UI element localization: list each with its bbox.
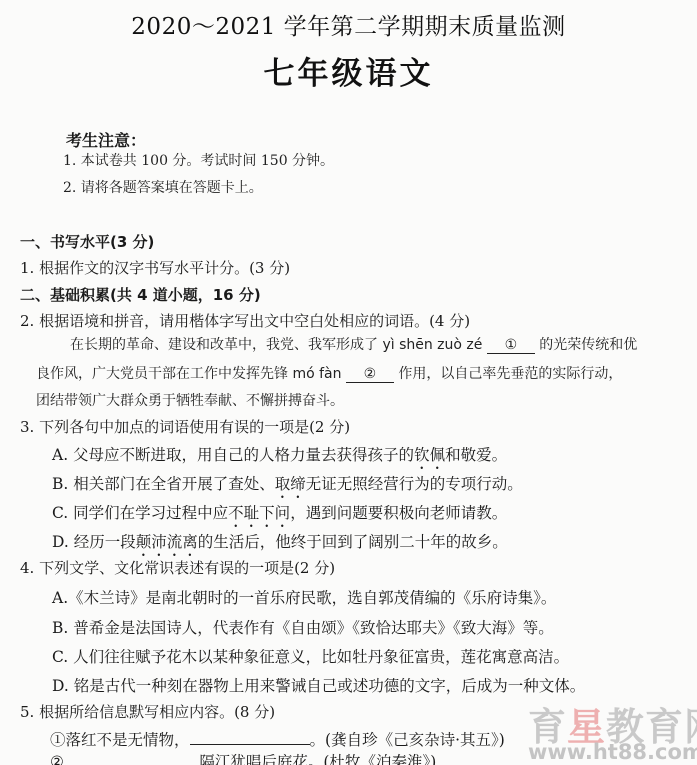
option-text: ，遇到问题要积极向老师请教。 — [290, 504, 507, 522]
q4-option-c: C. 人们往往赋予花木以某种象征意义，比如牡丹象征富贵，莲花寓意高洁。 — [52, 645, 569, 667]
q3-option-d: D. 经历一段颠沛流离的生活后，他终于回到了阔别二十年的故乡。 — [52, 530, 508, 560]
fill-blank-1: ① — [487, 337, 535, 354]
q3-option-c: C. 同学们在学习过程中应不耻下问，遇到问题要积极向老师请教。 — [52, 501, 507, 531]
dotted-word: 不耻下问 — [228, 504, 290, 522]
option-text: D. 经历一段 — [52, 533, 136, 551]
fill-blank-2: ② — [346, 366, 394, 383]
q5-text: 。(龚自珍《己亥杂诗·其五》) — [310, 731, 505, 749]
q2-passage-line-2: 良作风，广大党员干部在工作中发挥先锋 mó fàn ② 作用，以自己率先垂范的实… — [36, 363, 622, 383]
q3-option-b: B. 相关部门在全省开展了查处、取缔无证无照经营行为的专项行动。 — [52, 472, 523, 502]
q5-item-2: ②，隔江犹唱后庭花。(杜牧《泊秦淮》) — [50, 750, 436, 765]
q4-option-d: D. 铭是古代一种刻在器物上用来警诫自己或述功德的文字，后成为一种文体。 — [52, 674, 585, 696]
q5-item-1: ①落红不是无情物，。(龚自珍《己亥杂诗·其五》) — [50, 728, 505, 750]
exam-title: 2020～2021 学年第二学期期末质量监测 — [0, 8, 697, 41]
exam-subtitle: 七年级语文 — [0, 48, 697, 93]
q5-text: ② — [50, 753, 64, 765]
section-1-heading: 一、书写水平(3 分) — [20, 231, 154, 252]
option-text: 和敬爱。 — [445, 446, 507, 464]
q2-passage-line-1: 在长期的革命、建设和改革中，我党、我军形成了 yì shēn zuò zé ① … — [70, 334, 637, 354]
dotted-word: 取缔 — [275, 475, 306, 493]
notice-item-2: 2. 请将各题答案填在答题卡上。 — [63, 177, 263, 197]
watermark-url: www.ht88.com — [528, 740, 697, 764]
option-text: B. 相关部门在全省开展了查处、 — [52, 475, 275, 493]
question-4-prompt: 4. 下列文学、文化常识表述有误的一项是(2 分) — [20, 557, 335, 578]
dotted-word: 颠沛流离 — [136, 533, 198, 551]
q5-text: ①落红不是无情物， — [50, 731, 190, 749]
question-3-prompt: 3. 下列各句中加点的词语使用有误的一项是(2 分) — [20, 416, 350, 437]
q2-text: 的光荣传统和优 — [539, 337, 637, 353]
dotted-word: 钦佩 — [414, 446, 445, 464]
pinyin-1: yì shēn zuò zé — [382, 337, 482, 353]
q2-text: 作用，以自己率先垂范的实际行动， — [398, 366, 622, 382]
notice-heading: 考生注意： — [66, 128, 146, 151]
option-text: 的生活后，他终于回到了阔别二十年的故乡。 — [198, 533, 508, 551]
answer-blank-1 — [190, 744, 310, 745]
notice-item-1: 1. 本试卷共 100 分。考试时间 150 分钟。 — [63, 150, 334, 170]
question-5-prompt: 5. 根据所给信息默写相应内容。(8 分) — [20, 701, 275, 722]
option-text: C. 同学们在学习过程中应 — [52, 504, 228, 522]
option-text: 无证无照经营行为的专项行动。 — [306, 475, 523, 493]
q5-text: ，隔江犹唱后庭花。(杜牧《泊秦淮》) — [184, 753, 436, 765]
option-text: A. 父母应不断进取，用自己的人格力量去获得孩子的 — [52, 446, 414, 464]
q4-option-a: A.《木兰诗》是南北朝时的一首乐府民歌，选自郭茂倩编的《乐府诗集》。 — [52, 586, 556, 608]
section-2-heading: 二、基础积累(共 4 道小题，16 分) — [20, 284, 261, 305]
q2-text: 在长期的革命、建设和改革中，我党、我军形成了 — [70, 337, 378, 353]
q4-option-b: B. 普希金是法国诗人，代表作有《自由颂》《致恰达耶夫》《致大海》等。 — [52, 616, 554, 638]
q3-option-a: A. 父母应不断进取，用自己的人格力量去获得孩子的钦佩和敬爱。 — [52, 443, 507, 473]
q2-text: 良作风，广大党员干部在工作中发挥先锋 — [36, 366, 288, 382]
question-2-prompt: 2. 根据语境和拼音，请用楷体字写出文中空白处相应的词语。(4 分) — [20, 310, 470, 331]
question-1: 1. 根据作文的汉字书写水平计分。(3 分) — [20, 257, 290, 278]
q2-passage-line-3: 团结带领广大群众勇于牺牲奉献、不懈拼搏奋斗。 — [36, 390, 344, 410]
pinyin-2: mó fàn — [292, 366, 341, 382]
